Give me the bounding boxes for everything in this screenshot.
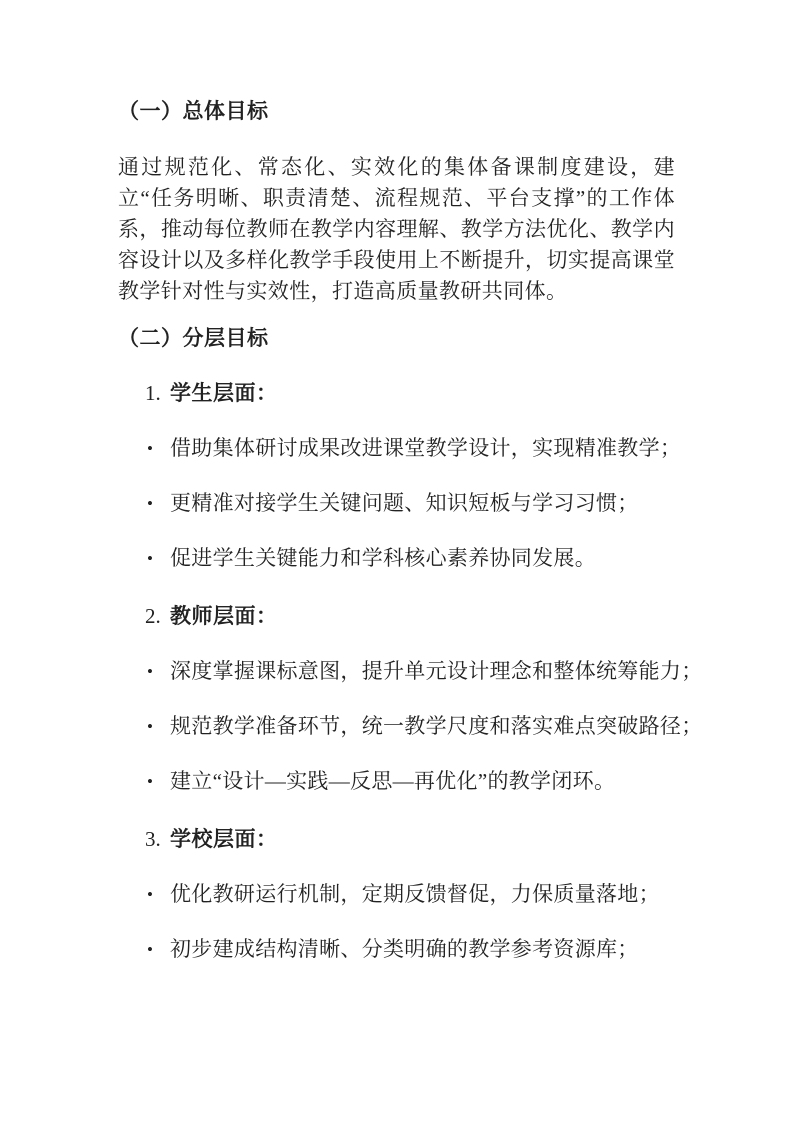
list-item-text: 促进学生关键能力和学科核心素养协同发展。: [170, 546, 596, 570]
section-heading-overall-goal: （一）总体目标: [118, 98, 675, 124]
bullet-icon: •: [147, 433, 170, 464]
list-item: •建立“设计—实践—反思—再优化”的教学闭环。: [118, 766, 675, 797]
list-item-text: 初步建成结构清晰、分类明确的教学参考资源库；: [170, 937, 639, 961]
list-item-text: 借助集体研讨成果改进课堂教学设计，实现精准教学；: [170, 436, 681, 460]
numbered-item-teacher-level: 2.教师层面：: [118, 601, 675, 632]
list-item-text: 建立“设计—实践—反思—再优化”的教学闭环。: [170, 769, 615, 793]
list-item: •初步建成结构清晰、分类明确的教学参考资源库；: [118, 934, 675, 965]
numbered-item-student-level: 1.学生层面：: [118, 378, 675, 409]
list-item: •更精准对接学生关键问题、知识短板与学习习惯；: [118, 488, 675, 519]
list-item: •借助集体研讨成果改进课堂教学设计，实现精准教学；: [118, 433, 675, 464]
bullet-icon: •: [147, 488, 170, 519]
list-item: •优化教研运行机制，定期反馈督促，力保质量落地；: [118, 879, 675, 910]
bullet-icon: •: [147, 934, 170, 965]
bullet-icon: •: [147, 656, 170, 687]
item-number: 1.: [145, 378, 170, 409]
list-item-text: 优化教研运行机制，定期反馈督促，力保质量落地；: [170, 882, 660, 906]
item-number: 2.: [145, 601, 170, 632]
list-item-text: 规范教学准备环节，统一教学尺度和落实难点突破路径；: [170, 714, 703, 738]
list-item: •深度掌握课标意图，提升单元设计理念和整体统筹能力；: [118, 656, 675, 687]
item-number: 3.: [145, 824, 170, 855]
bullet-icon: •: [147, 766, 170, 797]
list-item: •规范教学准备环节，统一教学尺度和落实难点突破路径；: [118, 711, 675, 742]
document-page: （一）总体目标 通过规范化、常态化、实效化的集体备课制度建设，建立“任务明晰、职…: [0, 0, 793, 1122]
item-label: 学生层面：: [170, 381, 278, 405]
list-item: •促进学生关键能力和学科核心素养协同发展。: [118, 543, 675, 574]
section-heading-layered-goals: （二）分层目标: [118, 325, 675, 351]
item-label: 学校层面：: [170, 827, 278, 851]
item-label: 教师层面：: [170, 604, 278, 628]
bullet-icon: •: [147, 543, 170, 574]
numbered-item-school-level: 3.学校层面：: [118, 824, 675, 855]
overall-goal-paragraph: 通过规范化、常态化、实效化的集体备课制度建设，建立“任务明晰、职责清楚、流程规范…: [118, 152, 675, 307]
list-item-text: 深度掌握课标意图，提升单元设计理念和整体统筹能力；: [170, 659, 703, 683]
bullet-icon: •: [147, 879, 170, 910]
list-item-text: 更精准对接学生关键问题、知识短板与学习习惯；: [170, 491, 639, 515]
bullet-icon: •: [147, 711, 170, 742]
